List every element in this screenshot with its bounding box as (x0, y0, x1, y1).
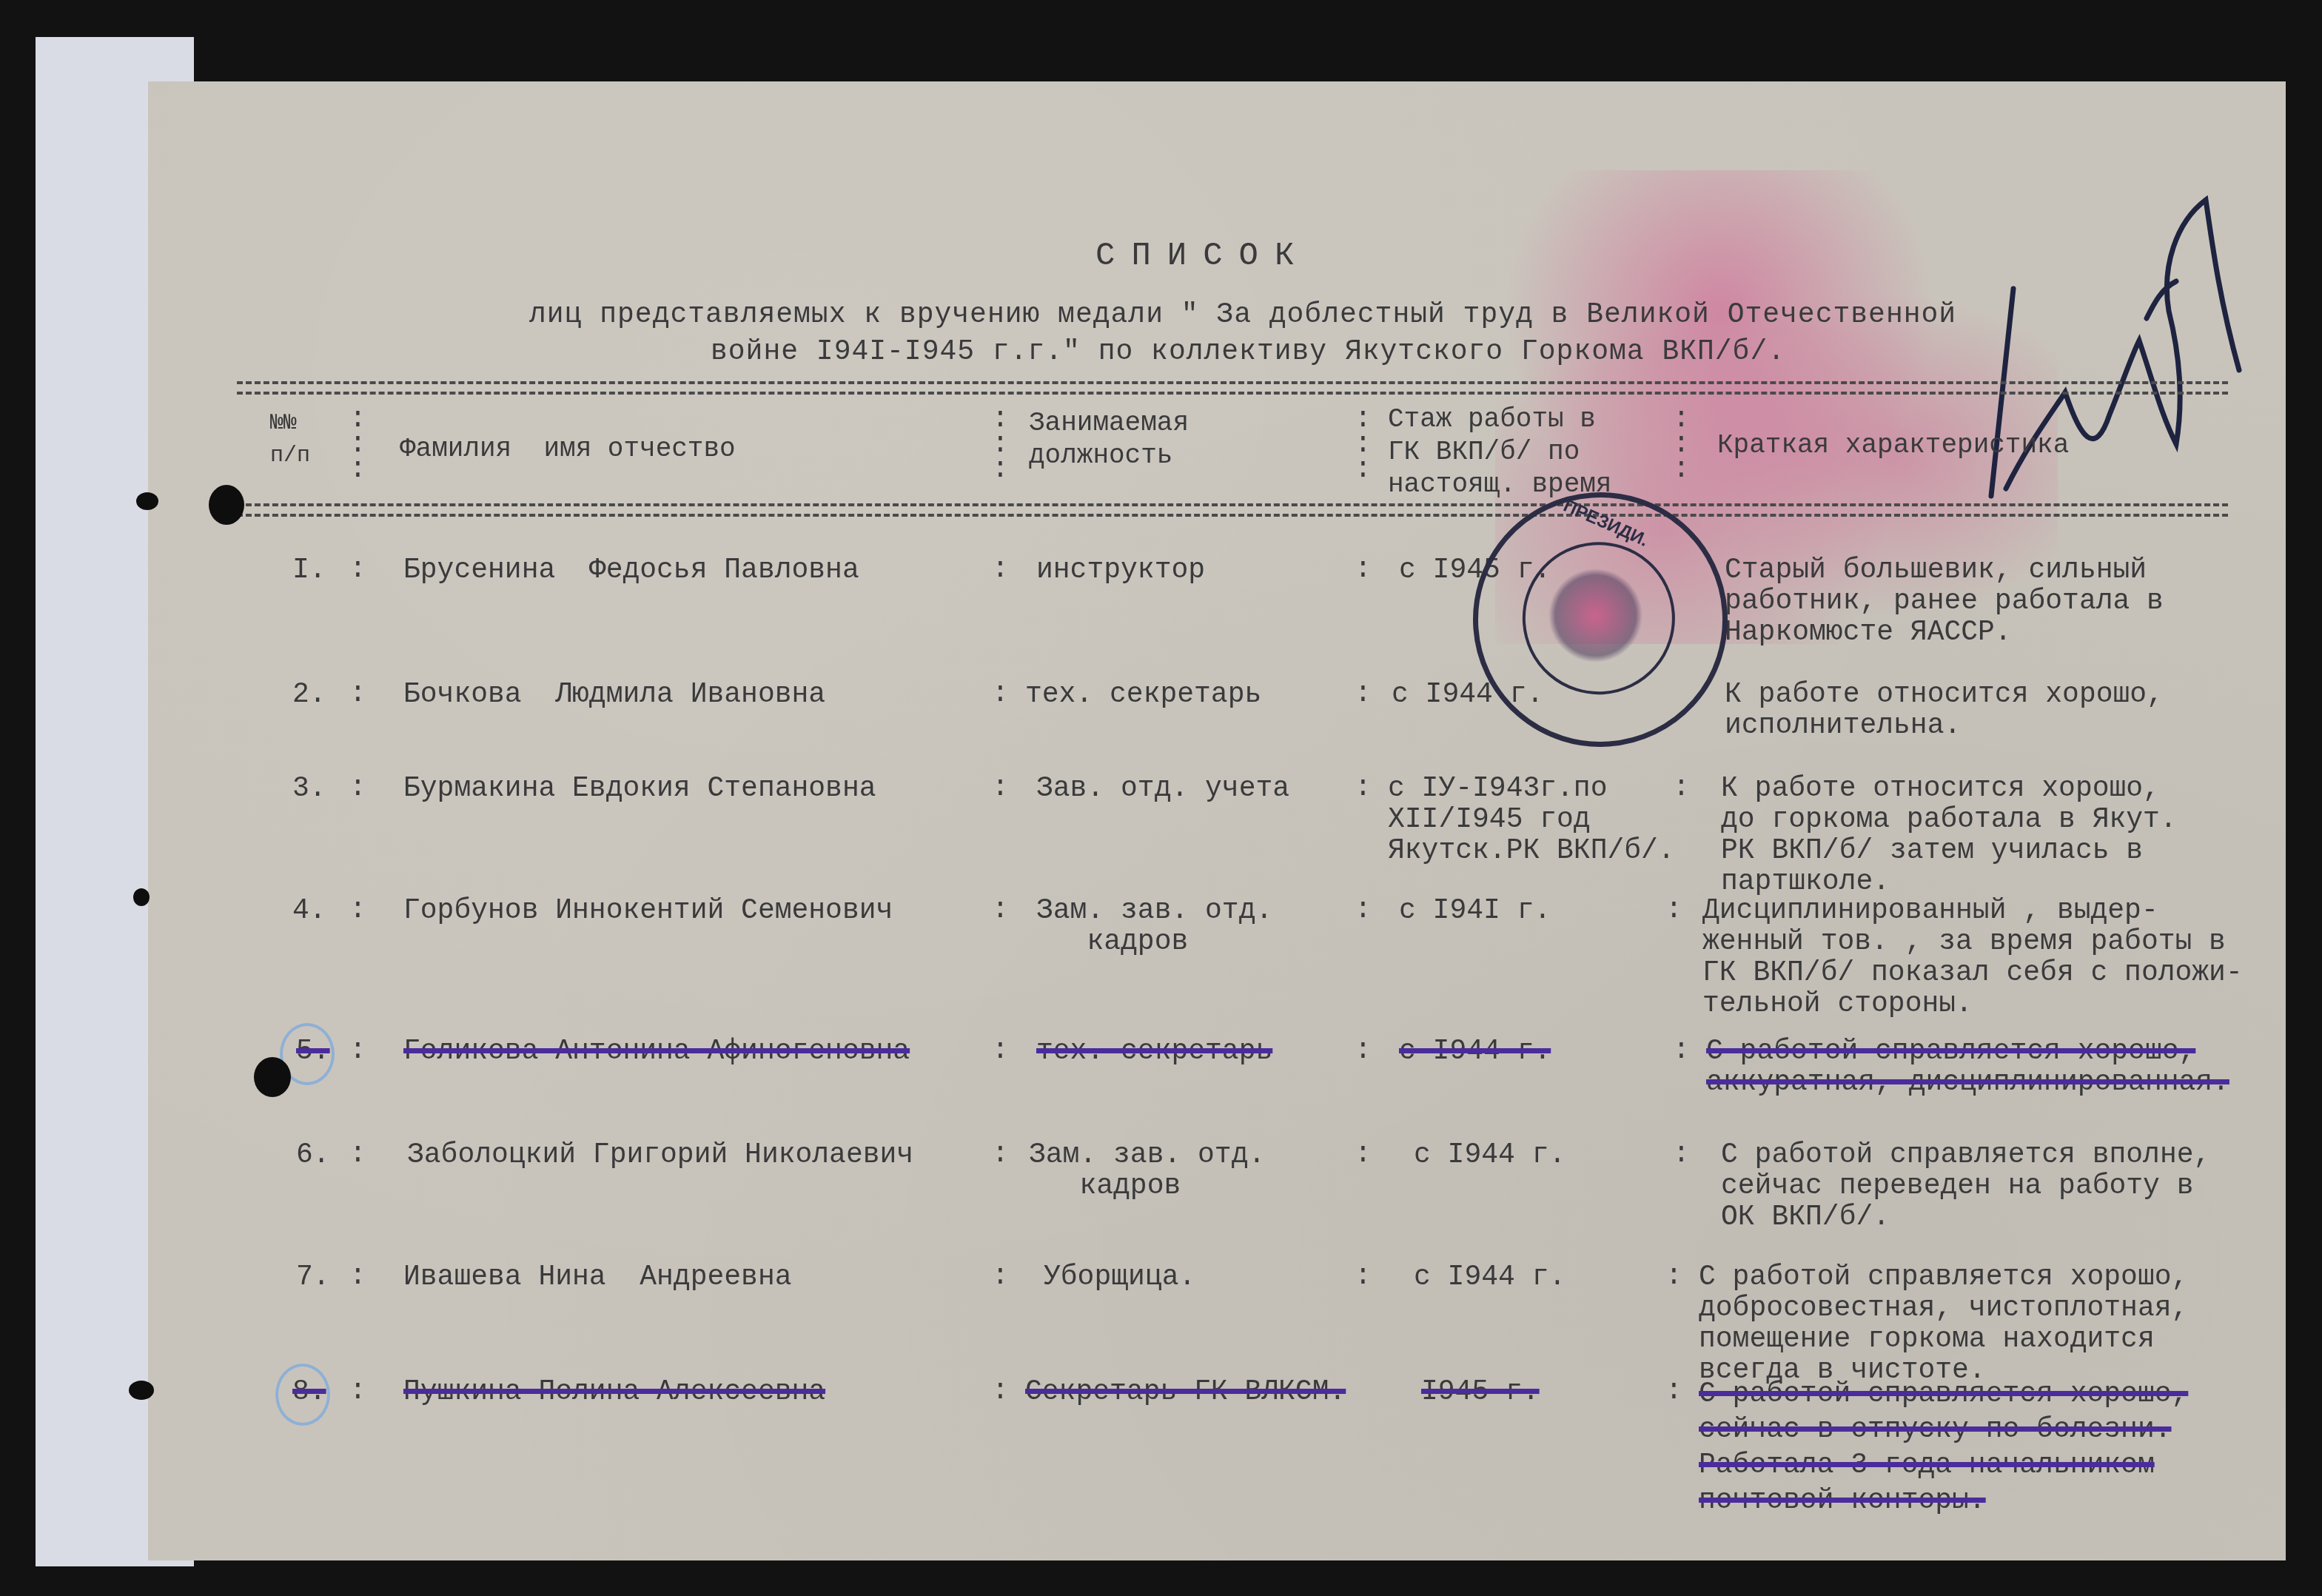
header-num: №№ п/п (270, 407, 310, 472)
column-divider: : (1665, 894, 1682, 926)
column-divider: : (1673, 1139, 1690, 1170)
column-divider: : (1355, 1139, 1372, 1170)
column-divider: : (992, 772, 1009, 804)
row-name: Пушкина Полина Алексеевна (403, 1377, 825, 1408)
row-characteristic: С работой справляется вполне, сейчас пер… (1721, 1140, 2210, 1233)
column-divider: : (992, 1139, 1009, 1170)
row-characteristic: Дисциплинированный , выдер- женный тов. … (1702, 896, 2243, 1020)
document-subtitle-line2: войне I94I-I945 г.г." по коллективу Якут… (711, 337, 1785, 368)
column-divider: : (1673, 1035, 1690, 1067)
punch-hole (254, 1057, 291, 1097)
document-title: СПИСОК (1095, 241, 1310, 272)
column-divider: : (1355, 1261, 1372, 1292)
column-divider: : (992, 894, 1009, 926)
row-position: Зам. зав. отд. кадров (1029, 1140, 1265, 1202)
column-divider: : (992, 1035, 1009, 1067)
column-divider: : (349, 1035, 366, 1067)
official-round-stamp: ПРЕЗИДИ. И ВЕРХОВНОГО СОВЕТА ЯКУТСКОЙ А.… (1464, 483, 1736, 755)
column-divider: : (992, 554, 1009, 586)
column-divider: : (1355, 1035, 1372, 1067)
header-name: Фамилия имя отчество (400, 433, 736, 466)
row-number: 5. (296, 1036, 330, 1067)
row-characteristic: Старый большевик, сильный работник, ране… (1725, 555, 2164, 648)
row-number: 4. (292, 896, 326, 927)
column-divider: : (992, 1261, 1009, 1292)
header-position: Занимаемая должность (1029, 407, 1189, 472)
header-top-rule (237, 381, 2228, 395)
header-bottom-rule (237, 503, 2228, 517)
row-position: тех. секретарь (1036, 1036, 1272, 1067)
row-position: инструктор (1036, 555, 1205, 586)
row-name: Голикова Антонина Афиногеновна (403, 1036, 910, 1067)
column-divider: ::: (349, 407, 366, 483)
archive-document-page: СПИСОК лиц представляемых к вручению мед… (148, 81, 2286, 1560)
row-number: 6. (296, 1140, 330, 1171)
row-tenure: I945 г. (1421, 1377, 1540, 1408)
row-number: 2. (292, 680, 326, 711)
column-divider: : (1355, 554, 1372, 586)
document-subtitle-line1: лиц представляемых к вручению медали " З… (529, 300, 1956, 331)
column-divider: : (349, 554, 366, 586)
row-name: Брусенина Федосья Павловна (403, 555, 859, 586)
row-characteristic: С работой справляется хорошо, добросовес… (1699, 1262, 2188, 1387)
punch-hole (209, 485, 244, 525)
row-tenure: с I944 г. (1414, 1140, 1566, 1171)
column-divider: : (349, 772, 366, 804)
row-position: Зам. зав. отд. кадров (1036, 896, 1272, 958)
row-position: тех. секретарь (1025, 680, 1261, 711)
row-position: Уборщица. (1044, 1262, 1195, 1293)
row-number: 3. (292, 774, 326, 805)
row-number: I. (292, 555, 326, 586)
row-name: Бурмакина Евдокия Степановна (403, 774, 876, 805)
column-divider: : (349, 1139, 366, 1170)
column-divider: : (349, 894, 366, 926)
column-divider: : (992, 678, 1009, 710)
column-divider: : (1355, 894, 1372, 926)
row-position: Секретарь ГК ВЛКСМ. (1025, 1377, 1346, 1408)
column-divider: : (1355, 678, 1372, 710)
column-divider: : (1355, 772, 1372, 804)
column-divider: : (1665, 1261, 1682, 1292)
row-name: Ивашева Нина Андреевна (403, 1262, 792, 1293)
row-tenure: с I944 г. (1414, 1262, 1566, 1293)
column-divider: : (349, 1375, 366, 1407)
column-divider: : (349, 678, 366, 710)
column-divider: ::: (992, 407, 1009, 483)
row-position: Зав. отд. учета (1036, 774, 1289, 805)
row-tenure: с I944 г. (1399, 1036, 1551, 1067)
punch-hole (129, 1381, 154, 1400)
punch-hole (133, 888, 150, 906)
row-tenure: с I94I г. (1399, 896, 1551, 927)
row-tenure: с IУ-I943г.по XII/I945 год Якутск.РК ВКП… (1388, 774, 1675, 867)
row-number: 7. (296, 1262, 330, 1293)
punch-hole (136, 492, 158, 510)
column-divider: ::: (1355, 407, 1372, 483)
column-divider: : (1665, 1375, 1682, 1407)
column-divider: : (992, 1375, 1009, 1407)
column-divider: : (349, 1261, 366, 1292)
column-divider: : (1673, 772, 1690, 804)
row-name: Заболоцкий Григорий Николаевич (407, 1140, 913, 1171)
row-number: 8. (292, 1377, 326, 1408)
row-characteristic: К работе относится хорошо, до горкома ра… (1721, 774, 2177, 898)
row-name: Бочкова Людмила Ивановна (403, 680, 825, 711)
row-name: Горбунов Иннокентий Семенович (403, 896, 893, 927)
row-characteristic: К работе относится хорошо, исполнительна… (1725, 680, 2164, 742)
row-characteristic: С работой справляется хорошо, сейчас в о… (1699, 1377, 2188, 1519)
row-characteristic: С работой справляется хорошо, аккуратная… (1706, 1036, 2229, 1099)
